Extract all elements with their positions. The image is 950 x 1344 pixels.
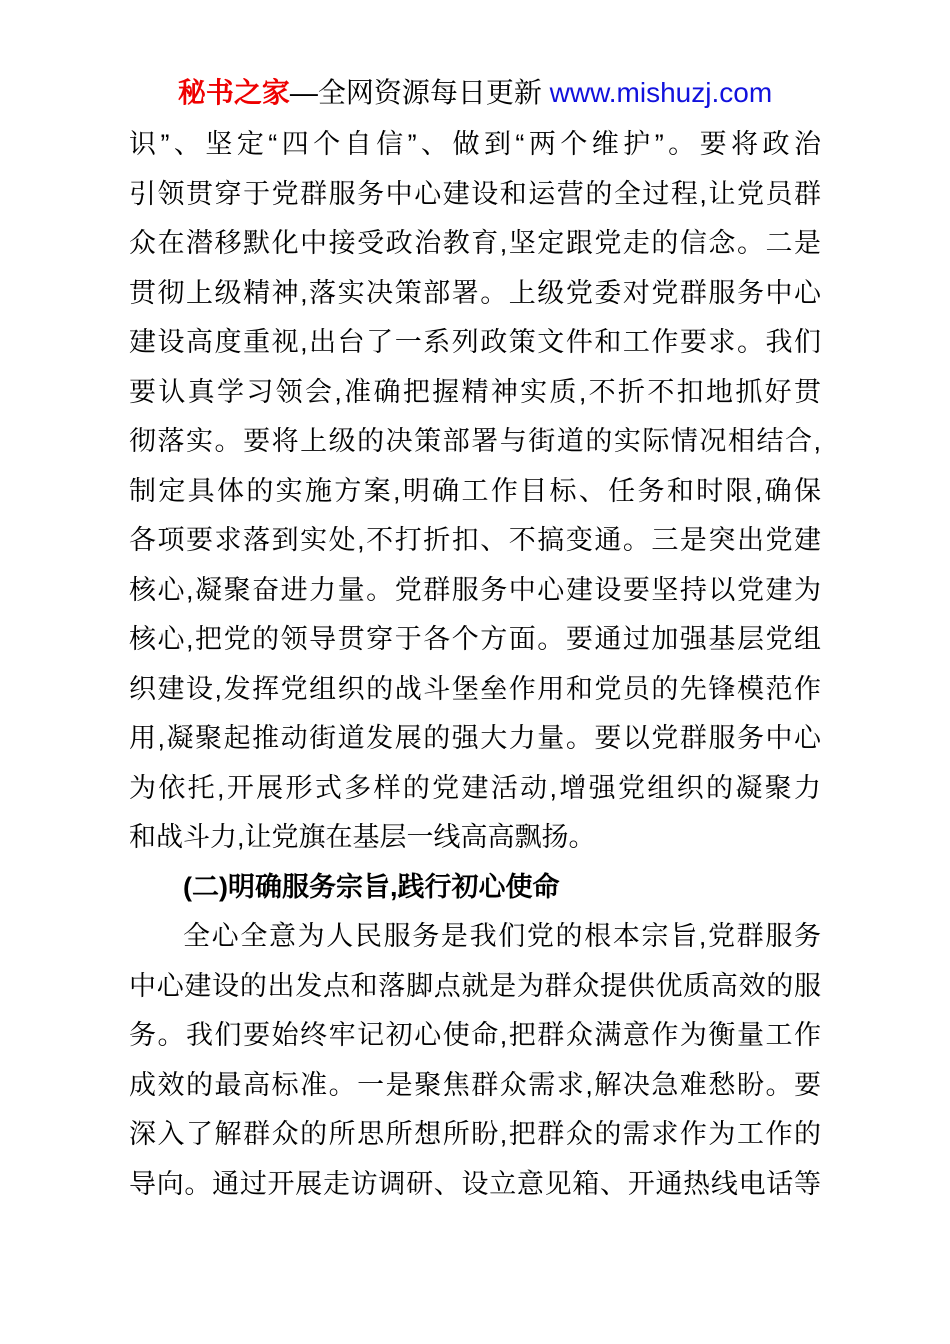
text-line: 彻落实。要将上级的决策部署与街道的实际情况相结合, <box>129 417 821 467</box>
text-line: 和战斗力,让党旗在基层一线高高飘扬。 <box>129 813 821 863</box>
text-line: 要认真学习领会,准确把握精神实质,不折不扣地抓好贯 <box>129 368 821 418</box>
page-header: 秘书之家—全网资源每日更新 www.mishuzj.com <box>0 0 950 112</box>
text-line: 导向。通过开展走访调研、设立意见箱、开通热线电话等 <box>129 1160 821 1210</box>
site-brand: 秘书之家 <box>178 77 290 108</box>
site-link[interactable]: www.mishuzj.com <box>550 77 772 108</box>
text-line: 深入了解群众的所思所想所盼,把群众的需求作为工作的 <box>129 1110 821 1160</box>
text-line: 贯彻上级精神,落实决策部署。上级党委对党群服务中心 <box>129 269 821 319</box>
document-page: 秘书之家—全网资源每日更新 www.mishuzj.com 识”、坚定“四个自信… <box>0 0 950 1344</box>
section-heading: (二)明确服务宗旨,践行初心使命 <box>129 863 821 913</box>
text-line: 各项要求落到实处,不打折扣、不搞变通。三是突出党建 <box>129 516 821 566</box>
text-line: 众在潜移默化中接受政治教育,坚定跟党走的信念。二是 <box>129 219 821 269</box>
text-line: 全心全意为人民服务是我们党的根本宗旨,党群服务 <box>129 912 821 962</box>
text-line: 为依托,开展形式多样的党建活动,增强党组织的凝聚力 <box>129 764 821 814</box>
text-line: 建设高度重视,出台了一系列政策文件和工作要求。我们 <box>129 318 821 368</box>
document-body: 识”、坚定“四个自信”、做到“两个维护”。要将政治 引领贯穿于党群服务中心建设和… <box>129 120 821 1209</box>
text-line: 引领贯穿于党群服务中心建设和运营的全过程,让党员群 <box>129 170 821 220</box>
text-line: 务。我们要始终牢记初心使命,把群众满意作为衡量工作 <box>129 1011 821 1061</box>
text-line: 用,凝聚起推动街道发展的强大力量。要以党群服务中心 <box>129 714 821 764</box>
text-line: 成效的最高标准。一是聚焦群众需求,解决急难愁盼。要 <box>129 1061 821 1111</box>
text-line: 制定具体的实施方案,明确工作目标、任务和时限,确保 <box>129 467 821 517</box>
text-line: 核心,把党的领导贯穿于各个方面。要通过加强基层党组 <box>129 615 821 665</box>
text-line: 中心建设的出发点和落脚点就是为群众提供优质高效的服 <box>129 962 821 1012</box>
site-tagline: —全网资源每日更新 <box>290 77 542 108</box>
text-line: 核心,凝聚奋进力量。党群服务中心建设要坚持以党建为 <box>129 566 821 616</box>
text-line: 识”、坚定“四个自信”、做到“两个维护”。要将政治 <box>129 120 821 170</box>
text-line: 织建设,发挥党组织的战斗堡垒作用和党员的先锋模范作 <box>129 665 821 715</box>
